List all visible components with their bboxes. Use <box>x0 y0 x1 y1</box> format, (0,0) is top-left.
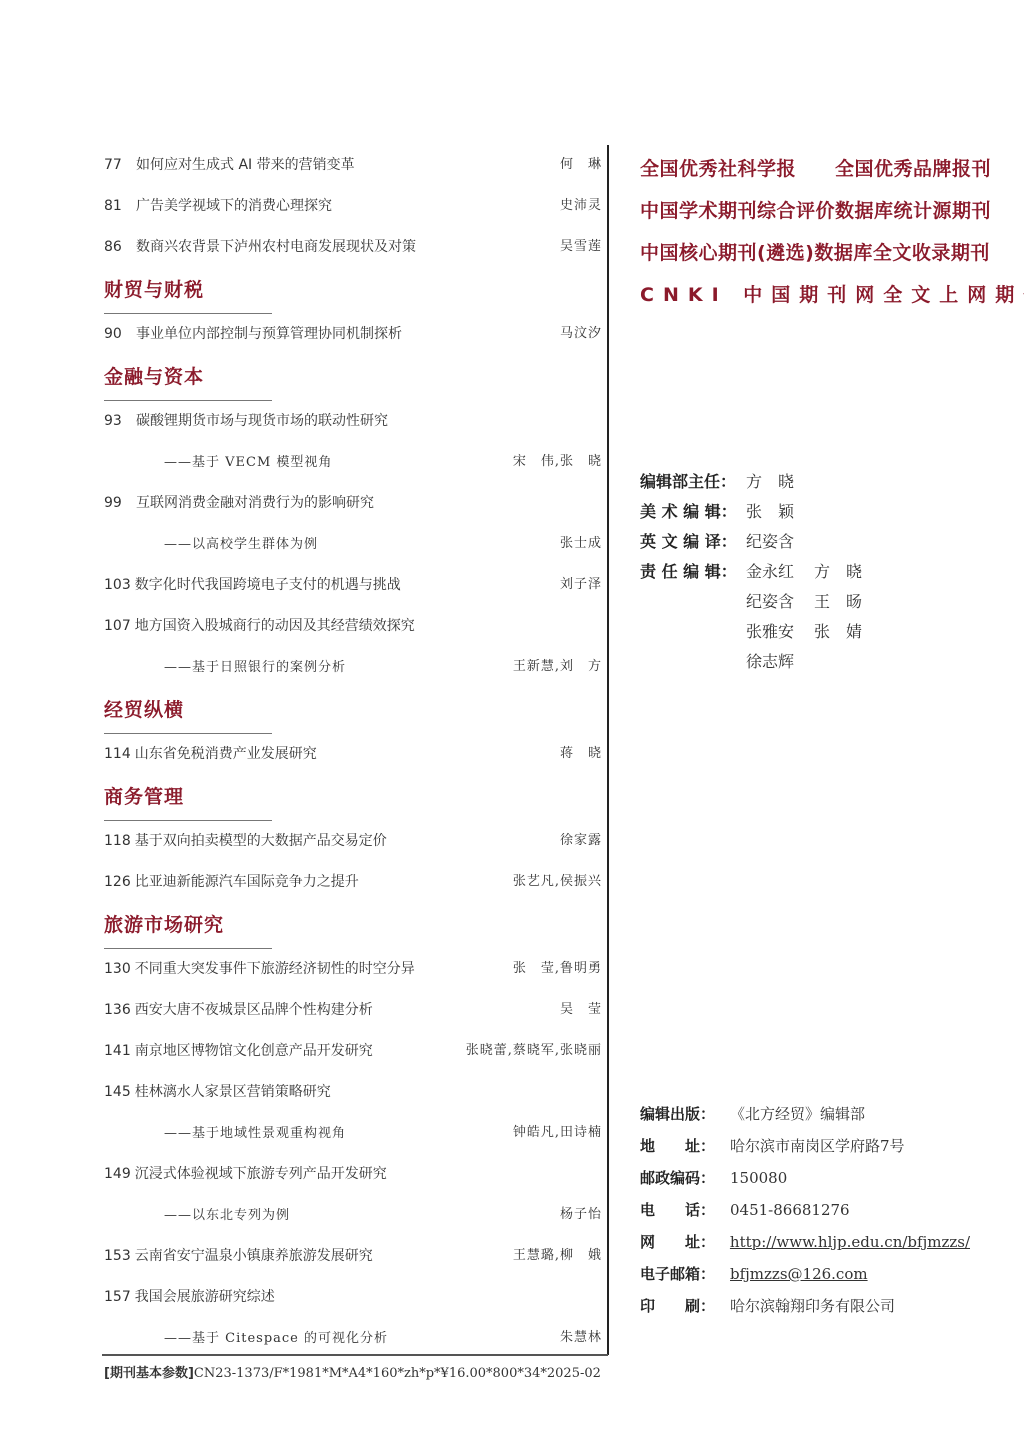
section-header: 旅游市场研究 <box>104 908 604 954</box>
page-number: 136 <box>104 995 131 1025</box>
page-number: 93 <box>104 406 136 436</box>
editorial-staff: 编辑部主任：方 晓美 术 编 辑：张 颖英 文 编 译：纪姿含责 任 编 辑：金… <box>640 467 940 677</box>
staff-role: 责 任 编 辑： <box>640 557 746 587</box>
section-rule <box>104 820 272 821</box>
page-number: 118 <box>104 826 131 856</box>
page-number: 130 <box>104 954 131 984</box>
article-author: 蒋 晓 <box>560 739 602 769</box>
article-author: 张晓蕾,蔡晓军,张晓丽 <box>466 1036 602 1066</box>
staff-name: 纪姿含 <box>746 527 794 557</box>
toc-entry[interactable]: 153云南省安宁温泉小镇康养旅游发展研究王慧璐,柳 娥 <box>104 1241 604 1282</box>
publication-value: 0451-86681276 <box>730 1194 850 1226</box>
article-author: 徐家露 <box>560 826 602 856</box>
page-number: 103 <box>104 570 131 600</box>
article-author: 王新慧,刘 方 <box>513 652 602 682</box>
section-header: 金融与资本 <box>104 360 604 406</box>
article-title: 桂林漓水人家景区营销策略研究 <box>135 1084 331 1100</box>
article-author: 吴 莹 <box>560 995 602 1025</box>
staff-role: 编辑部主任： <box>640 467 746 497</box>
section-rule <box>104 313 272 314</box>
publication-row: 编辑出版：《北方经贸》编辑部 <box>640 1098 970 1130</box>
table-of-contents: 77如何应对生成式 AI 带来的营销变革何 琳81广告美学视域下的消费心理探究史… <box>104 150 604 1364</box>
article-author: 杨子怡 <box>560 1200 602 1230</box>
article-author: 马汶汐 <box>560 319 602 349</box>
publication-row: 地 址：哈尔滨市南岗区学府路7号 <box>640 1130 970 1162</box>
toc-entry[interactable]: 149沉浸式体验视域下旅游专列产品开发研究 <box>104 1159 604 1200</box>
publication-label: 编辑出版： <box>640 1098 730 1130</box>
article-title: 沉浸式体验视域下旅游专列产品开发研究 <box>135 1166 387 1182</box>
publication-row: 网 址：http://www.hljp.edu.cn/bfjmzzs/ <box>640 1226 970 1258</box>
toc-subtitle-row[interactable]: ——基于 VECM 模型视角宋 伟,张 晓 <box>104 447 604 488</box>
toc-entry[interactable]: 107地方国资入股城商行的动因及其经营绩效探究 <box>104 611 604 652</box>
article-author: 宋 伟,张 晓 <box>513 447 602 477</box>
publication-label: 地 址： <box>640 1130 730 1162</box>
page-number: 153 <box>104 1241 131 1271</box>
section-title: 金融与资本 <box>104 360 604 394</box>
staff-names: 纪姿含 <box>746 527 814 557</box>
page-number: 126 <box>104 867 131 897</box>
article-title: 云南省安宁温泉小镇康养旅游发展研究 <box>135 1248 373 1264</box>
section-rule <box>104 733 272 734</box>
honor-line: 全国优秀社科学报 全国优秀品牌报刊 <box>640 148 940 190</box>
page-number: 114 <box>104 739 131 769</box>
article-title: ——基于地域性景观重构视角 <box>164 1126 346 1141</box>
page-number: 81 <box>104 191 136 221</box>
toc-entry[interactable]: 81广告美学视域下的消费心理探究史沛灵 <box>104 191 604 232</box>
article-title: 互联网消费金融对消费行为的影响研究 <box>136 495 374 511</box>
toc-subtitle-row[interactable]: ——基于 Citespace 的可视化分析朱慧林 <box>104 1323 604 1364</box>
params-value: CN23-1373/F*1981*M*A4*160*zh*p*¥16.00*80… <box>194 1366 601 1381</box>
publication-value: 《北方经贸》编辑部 <box>730 1098 865 1130</box>
publication-label: 印 刷： <box>640 1290 730 1322</box>
publication-label: 电 话： <box>640 1194 730 1226</box>
page-number: 157 <box>104 1282 131 1312</box>
staff-name: 纪姿含 <box>746 587 794 617</box>
article-title: 数字化时代我国跨境电子支付的机遇与挑战 <box>135 577 401 593</box>
article-title: ——基于 VECM 模型视角 <box>164 455 332 470</box>
bottom-rule <box>102 1354 608 1356</box>
staff-names: 方 晓 <box>746 467 814 497</box>
article-title: 我国会展旅游研究综述 <box>135 1289 275 1305</box>
journal-parameters: [期刊基本参数]CN23-1373/F*1981*M*A4*160*zh*p*¥… <box>104 1362 601 1381</box>
honor-line: CNKI 中国期刊网全文上网期刊 <box>640 274 940 316</box>
page-number: 86 <box>104 232 136 262</box>
honor-line: 中国核心期刊(遴选)数据库全文收录期刊 <box>640 232 940 274</box>
vertical-divider <box>607 145 609 1355</box>
page-number: 77 <box>104 150 136 180</box>
staff-name: 方 晓 <box>746 467 794 497</box>
publication-label: 电子邮箱： <box>640 1258 730 1290</box>
publication-value: 哈尔滨翰翔印务有限公司 <box>730 1290 895 1322</box>
article-title: 地方国资入股城商行的动因及其经营绩效探究 <box>135 618 415 634</box>
article-author: 王慧璐,柳 娥 <box>513 1241 602 1271</box>
staff-row: 责 任 编 辑：金永红方 晓 <box>640 557 940 587</box>
article-author: 刘子泽 <box>560 570 602 600</box>
staff-names: 张雅安张 婧 <box>746 617 882 647</box>
article-title: 比亚迪新能源汽车国际竞争力之提升 <box>135 874 359 890</box>
publication-label: 邮政编码： <box>640 1162 730 1194</box>
staff-name: 张雅安 <box>746 617 794 647</box>
article-title: 数商兴农背景下泸州农村电商发展现状及对策 <box>136 239 416 255</box>
article-title: 基于双向拍卖模型的大数据产品交易定价 <box>135 833 387 849</box>
toc-entry[interactable]: 157我国会展旅游研究综述 <box>104 1282 604 1323</box>
article-title: 西安大唐不夜城景区品牌个性构建分析 <box>135 1002 373 1018</box>
article-title: 如何应对生成式 AI 带来的营销变革 <box>136 157 355 173</box>
article-title: 山东省免税消费产业发展研究 <box>135 746 317 762</box>
article-title: 南京地区博物馆文化创意产品开发研究 <box>135 1043 373 1059</box>
staff-row: 英 文 编 译：纪姿含 <box>640 527 940 557</box>
article-author: 史沛灵 <box>560 191 602 221</box>
staff-names: 纪姿含王 旸 <box>746 587 882 617</box>
publication-row: 邮政编码：150080 <box>640 1162 970 1194</box>
staff-row: 徐志辉 <box>640 647 940 677</box>
section-header: 财贸与财税 <box>104 273 604 319</box>
toc-entry[interactable]: 145桂林漓水人家景区营销策略研究 <box>104 1077 604 1118</box>
article-author: 何 琳 <box>560 150 602 180</box>
page-number: 141 <box>104 1036 131 1066</box>
publication-value: 哈尔滨市南岗区学府路7号 <box>730 1130 905 1162</box>
article-title: ——以高校学生群体为例 <box>164 537 318 552</box>
staff-role: 英 文 编 译： <box>640 527 746 557</box>
section-rule <box>104 400 272 401</box>
toc-subtitle-row[interactable]: ——以高校学生群体为例张士成 <box>104 529 604 570</box>
publication-row: 电子邮箱：bfjmzzs@126.com <box>640 1258 970 1290</box>
publication-row: 印 刷：哈尔滨翰翔印务有限公司 <box>640 1290 970 1322</box>
toc-entry[interactable]: 114山东省免税消费产业发展研究蒋 晓 <box>104 739 604 780</box>
toc-subtitle-row[interactable]: ——以东北专列为例杨子怡 <box>104 1200 604 1241</box>
page-number: 107 <box>104 611 131 641</box>
section-title: 商务管理 <box>104 780 604 814</box>
params-label: [期刊基本参数] <box>104 1366 194 1381</box>
honor-line: 中国学术期刊综合评价数据库统计源期刊 <box>640 190 940 232</box>
article-title: 事业单位内部控制与预算管理协同机制探析 <box>136 326 402 342</box>
section-title: 财贸与财税 <box>104 273 604 307</box>
staff-name: 王 旸 <box>814 587 862 617</box>
staff-role: 美 术 编 辑： <box>640 497 746 527</box>
toc-entry[interactable]: 141南京地区博物馆文化创意产品开发研究张晓蕾,蔡晓军,张晓丽 <box>104 1036 604 1077</box>
section-title: 经贸纵横 <box>104 693 604 727</box>
article-title: ——基于 Citespace 的可视化分析 <box>164 1331 388 1346</box>
staff-row: 纪姿含王 旸 <box>640 587 940 617</box>
toc-subtitle-row[interactable]: ——基于日照银行的案例分析王新慧,刘 方 <box>104 652 604 693</box>
publication-row: 电 话：0451-86681276 <box>640 1194 970 1226</box>
toc-entry[interactable]: 103数字化时代我国跨境电子支付的机遇与挑战刘子泽 <box>104 570 604 611</box>
toc-entry[interactable]: 90事业单位内部控制与预算管理协同机制探析马汶汐 <box>104 319 604 360</box>
publication-info: 编辑出版：《北方经贸》编辑部地 址：哈尔滨市南岗区学府路7号邮政编码：15008… <box>640 1098 970 1322</box>
toc-entry[interactable]: 77如何应对生成式 AI 带来的营销变革何 琳 <box>104 150 604 191</box>
toc-entry[interactable]: 86数商兴农背景下泸州农村电商发展现状及对策吴雪莲 <box>104 232 604 273</box>
staff-name: 徐志辉 <box>746 647 794 677</box>
article-title: ——以东北专列为例 <box>164 1208 290 1223</box>
article-title: 碳酸锂期货市场与现货市场的联动性研究 <box>136 413 388 429</box>
staff-row: 张雅安张 婧 <box>640 617 940 647</box>
staff-name: 张 颖 <box>746 497 794 527</box>
publication-value: 150080 <box>730 1162 787 1194</box>
page-number: 149 <box>104 1159 131 1189</box>
article-title: 广告美学视域下的消费心理探究 <box>136 198 332 214</box>
section-header: 商务管理 <box>104 780 604 826</box>
staff-names: 金永红方 晓 <box>746 557 882 587</box>
page-number: 99 <box>104 488 136 518</box>
article-author: 张艺凡,侯振兴 <box>513 867 602 897</box>
staff-row: 美 术 编 辑：张 颖 <box>640 497 940 527</box>
honors-block: 全国优秀社科学报 全国优秀品牌报刊 中国学术期刊综合评价数据库统计源期刊 中国核… <box>640 148 940 316</box>
staff-row: 编辑部主任：方 晓 <box>640 467 940 497</box>
staff-name: 张 婧 <box>814 617 862 647</box>
section-title: 旅游市场研究 <box>104 908 604 942</box>
toc-subtitle-row[interactable]: ——基于地域性景观重构视角钟皓凡,田诗楠 <box>104 1118 604 1159</box>
article-title: 不同重大突发事件下旅游经济韧性的时空分异 <box>135 961 415 977</box>
toc-entry[interactable]: 118基于双向拍卖模型的大数据产品交易定价徐家露 <box>104 826 604 867</box>
article-title: ——基于日照银行的案例分析 <box>164 660 346 675</box>
staff-name: 方 晓 <box>814 557 862 587</box>
article-author: 朱慧林 <box>560 1323 602 1353</box>
section-header: 经贸纵横 <box>104 693 604 739</box>
page-number: 145 <box>104 1077 131 1107</box>
staff-role <box>640 647 746 677</box>
staff-names: 徐志辉 <box>746 647 814 677</box>
article-author: 钟皓凡,田诗楠 <box>513 1118 602 1148</box>
publication-link[interactable]: bfjmzzs@126.com <box>730 1258 868 1290</box>
toc-entry[interactable]: 126比亚迪新能源汽车国际竞争力之提升张艺凡,侯振兴 <box>104 867 604 908</box>
toc-entry[interactable]: 136西安大唐不夜城景区品牌个性构建分析吴 莹 <box>104 995 604 1036</box>
publication-label: 网 址： <box>640 1226 730 1258</box>
page-number: 90 <box>104 319 136 349</box>
staff-names: 张 颖 <box>746 497 814 527</box>
article-author: 吴雪莲 <box>560 232 602 262</box>
staff-role <box>640 617 746 647</box>
toc-entry[interactable]: 93碳酸锂期货市场与现货市场的联动性研究 <box>104 406 604 447</box>
section-rule <box>104 948 272 949</box>
staff-name: 金永红 <box>746 557 794 587</box>
toc-entry[interactable]: 130不同重大突发事件下旅游经济韧性的时空分异张 莹,鲁明勇 <box>104 954 604 995</box>
publication-link[interactable]: http://www.hljp.edu.cn/bfjmzzs/ <box>730 1226 970 1258</box>
article-author: 张士成 <box>560 529 602 559</box>
toc-entry[interactable]: 99互联网消费金融对消费行为的影响研究 <box>104 488 604 529</box>
staff-role <box>640 587 746 617</box>
article-author: 张 莹,鲁明勇 <box>513 954 602 984</box>
